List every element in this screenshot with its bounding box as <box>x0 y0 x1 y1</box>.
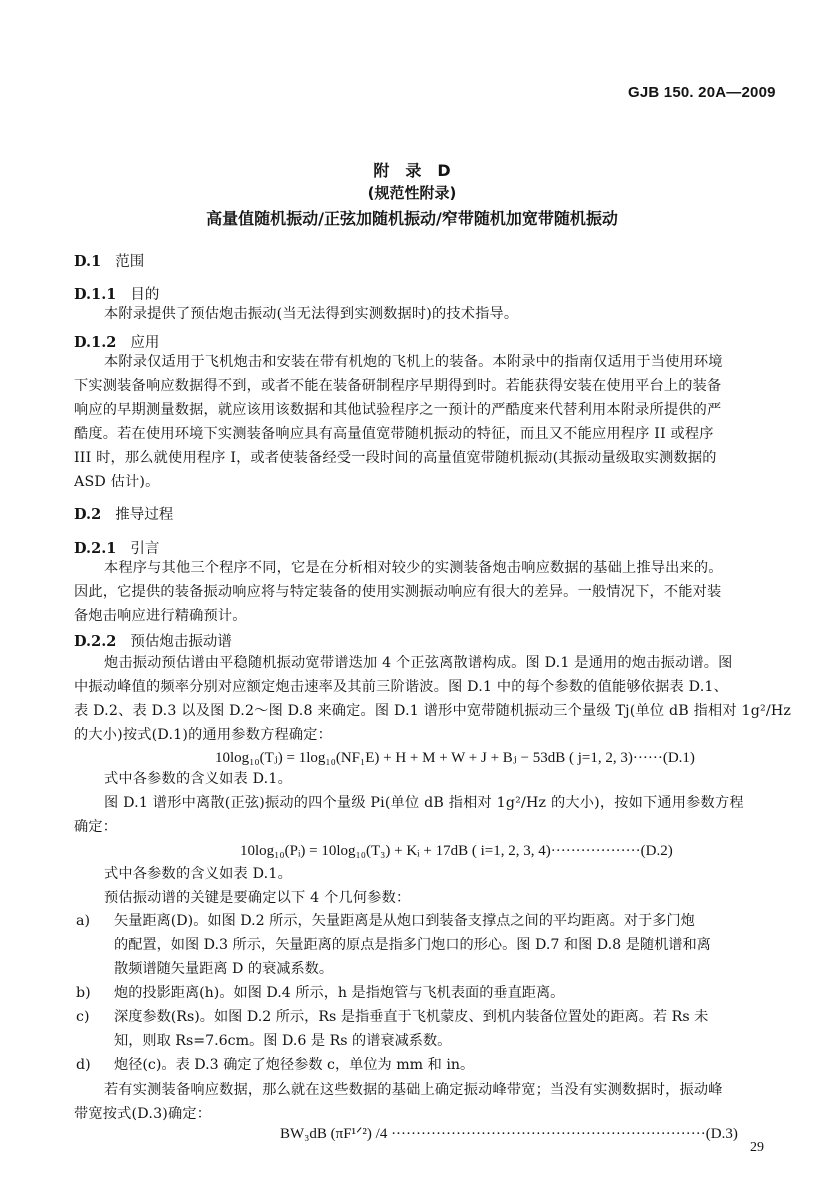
list-item-line: 知，则取 Rs=7.6cm。图 D.6 是 Rs 的谱衰减系数。 <box>114 1030 451 1050</box>
section-heading-d11: D.1.1目的 <box>74 283 159 304</box>
list-item-a: a)矢量距离(D)。如图 D.2 所示，矢量距离是从炮口到装备支撑点之间的平均距… <box>76 910 695 930</box>
paragraph-line: 的大小)按式(D.1)的通用参数方程确定： <box>74 723 332 747</box>
appendix-title: 附 录 D <box>0 158 824 181</box>
appendix-subject: 高量值随机振动/正弦加随机振动/窄带随机加宽带随机振动 <box>0 206 824 229</box>
paragraph-line: 备炮击响应进行精确预计。 <box>74 604 247 628</box>
paragraph-line: 因此，它提供的装备振动响应将与特定装备的使用实测振动响应有很大的差异。一般情况下… <box>74 580 721 604</box>
paragraph-line: 酷度。若在使用环境下实测装备响应具有高量值宽带随机振动的特征，而且又不能应用程序… <box>74 422 714 446</box>
paragraph-line: III 时，那么就使用程序 I，或者使装备经受一段时间的高量值宽带随机振动(其振… <box>74 446 717 470</box>
equation-d1: 10log₁₀(Tⱼ) = 1log₁₀(NF₁E) + H + M + W +… <box>215 748 695 767</box>
equation-note: 式中各参数的含义如表 D.1。 <box>104 862 292 886</box>
equation-note: 式中各参数的含义如表 D.1。 <box>104 767 292 791</box>
section-heading-d2: D.2推导过程 <box>74 503 173 524</box>
list-item-line: 散频谱随矢量距离 D 的衰减系数。 <box>114 958 333 978</box>
page-number: 29 <box>750 1140 764 1156</box>
paragraph-line: 响应的早期测量数据，就应该用该数据和其他试验程序之一预计的严酷度来代替利用本附录… <box>74 398 721 422</box>
section-heading-d21: D.2.1引言 <box>74 537 159 558</box>
equation-d2: 10log₁₀(Pᵢ) = 10log₁₀(T₃) + Kᵢ + 17dB ( … <box>240 843 673 860</box>
list-item-c: c)深度参数(Rs)。如图 D.2 所示，Rs 是指垂直于飞机蒙皮、到机内装备位… <box>76 1006 708 1026</box>
key-params-intro: 预估振动谱的关键是要确定以下 4 个几何参数： <box>104 886 410 910</box>
list-item-line: 的配置，如图 D.3 所示，矢量距离的原点是指多门炮口的形心。图 D.7 和图 … <box>114 934 711 954</box>
appendix-type: (规范性附录) <box>0 182 824 203</box>
paragraph-line: 带宽按式(D.3)确定： <box>74 1102 211 1126</box>
section-heading-d1: D.1范围 <box>74 250 144 271</box>
paragraph-line: 本附录仅适用于飞机炮击和安装在带有机炮的飞机上的装备。本附录中的指南仅适用于当使… <box>104 350 723 374</box>
paragraph-d11: 本附录提供了预估炮击振动(当无法得到实测数据时)的技术指导。 <box>104 302 518 326</box>
equation-d3: BW₃dB (πF¹ᐟ²) /4 ·······················… <box>280 1124 738 1143</box>
paragraph-line: 炮击振动预估谱由平稳随机振动宽带谱迭加 4 个正弦离散谱构成。图 D.1 是通用… <box>104 651 733 675</box>
section-heading-d12: D.1.2应用 <box>74 331 159 352</box>
list-item-b: b)炮的投影距离(h)。如图 D.4 所示，h 是指炮管与飞机表面的垂直距离。 <box>76 982 564 1002</box>
paragraph-line: 下实测装备响应数据得不到，或者不能在装备研制程序早期得到时。若能获得安装在使用平… <box>74 374 721 398</box>
paragraph-line: 表 D.2、表 D.3 以及图 D.2～图 D.8 来确定。图 D.1 谱形中宽… <box>74 699 791 723</box>
list-item-d: d)炮径(c)。表 D.3 确定了炮径参数 c，单位为 mm 和 in。 <box>76 1054 474 1074</box>
section-heading-d22: D.2.2预估炮击振动谱 <box>74 630 232 651</box>
paragraph-line: 若有实测装备响应数据，那么就在这些数据的基础上确定振动峰带宽；当没有实测数据时，… <box>104 1078 723 1102</box>
paragraph-line: 本程序与其他三个程序不同，它是在分析相对较少的实测装备炮击响应数据的基础上推导出… <box>104 556 723 580</box>
paragraph-line: ASD 估计)。 <box>74 470 160 494</box>
paragraph-line: 中振动峰值的频率分别对应额定炮击速率及其前三阶谐波。图 D.1 中的每个参数的值… <box>74 675 728 699</box>
paragraph-line: 确定： <box>74 815 117 839</box>
paragraph-line: 图 D.1 谱形中离散(正弦)振动的四个量级 Pi(单位 dB 指相对 1g²/… <box>104 791 744 815</box>
standard-code: GJB 150. 20A—2009 <box>628 84 776 101</box>
